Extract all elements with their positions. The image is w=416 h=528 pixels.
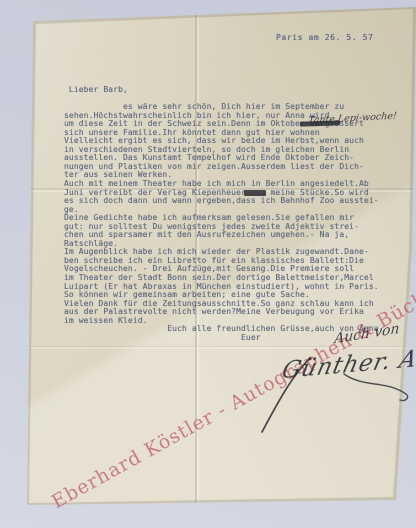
strikeout-mark: [244, 190, 266, 196]
typed-letter-body: Lieber Barb, es wäre sehr schön, Dich hi…: [64, 86, 416, 342]
dateline: Paris am 26. 5. 57: [276, 33, 374, 42]
typed-line: es sich doch dann und wann ergeben,dass …: [64, 197, 416, 206]
signature-flourish-icon: [248, 340, 416, 440]
letter-photo: Eberhard Köstler - Autographen & Bücher …: [0, 0, 416, 528]
typed-line: Lieber Barb,: [64, 86, 416, 95]
